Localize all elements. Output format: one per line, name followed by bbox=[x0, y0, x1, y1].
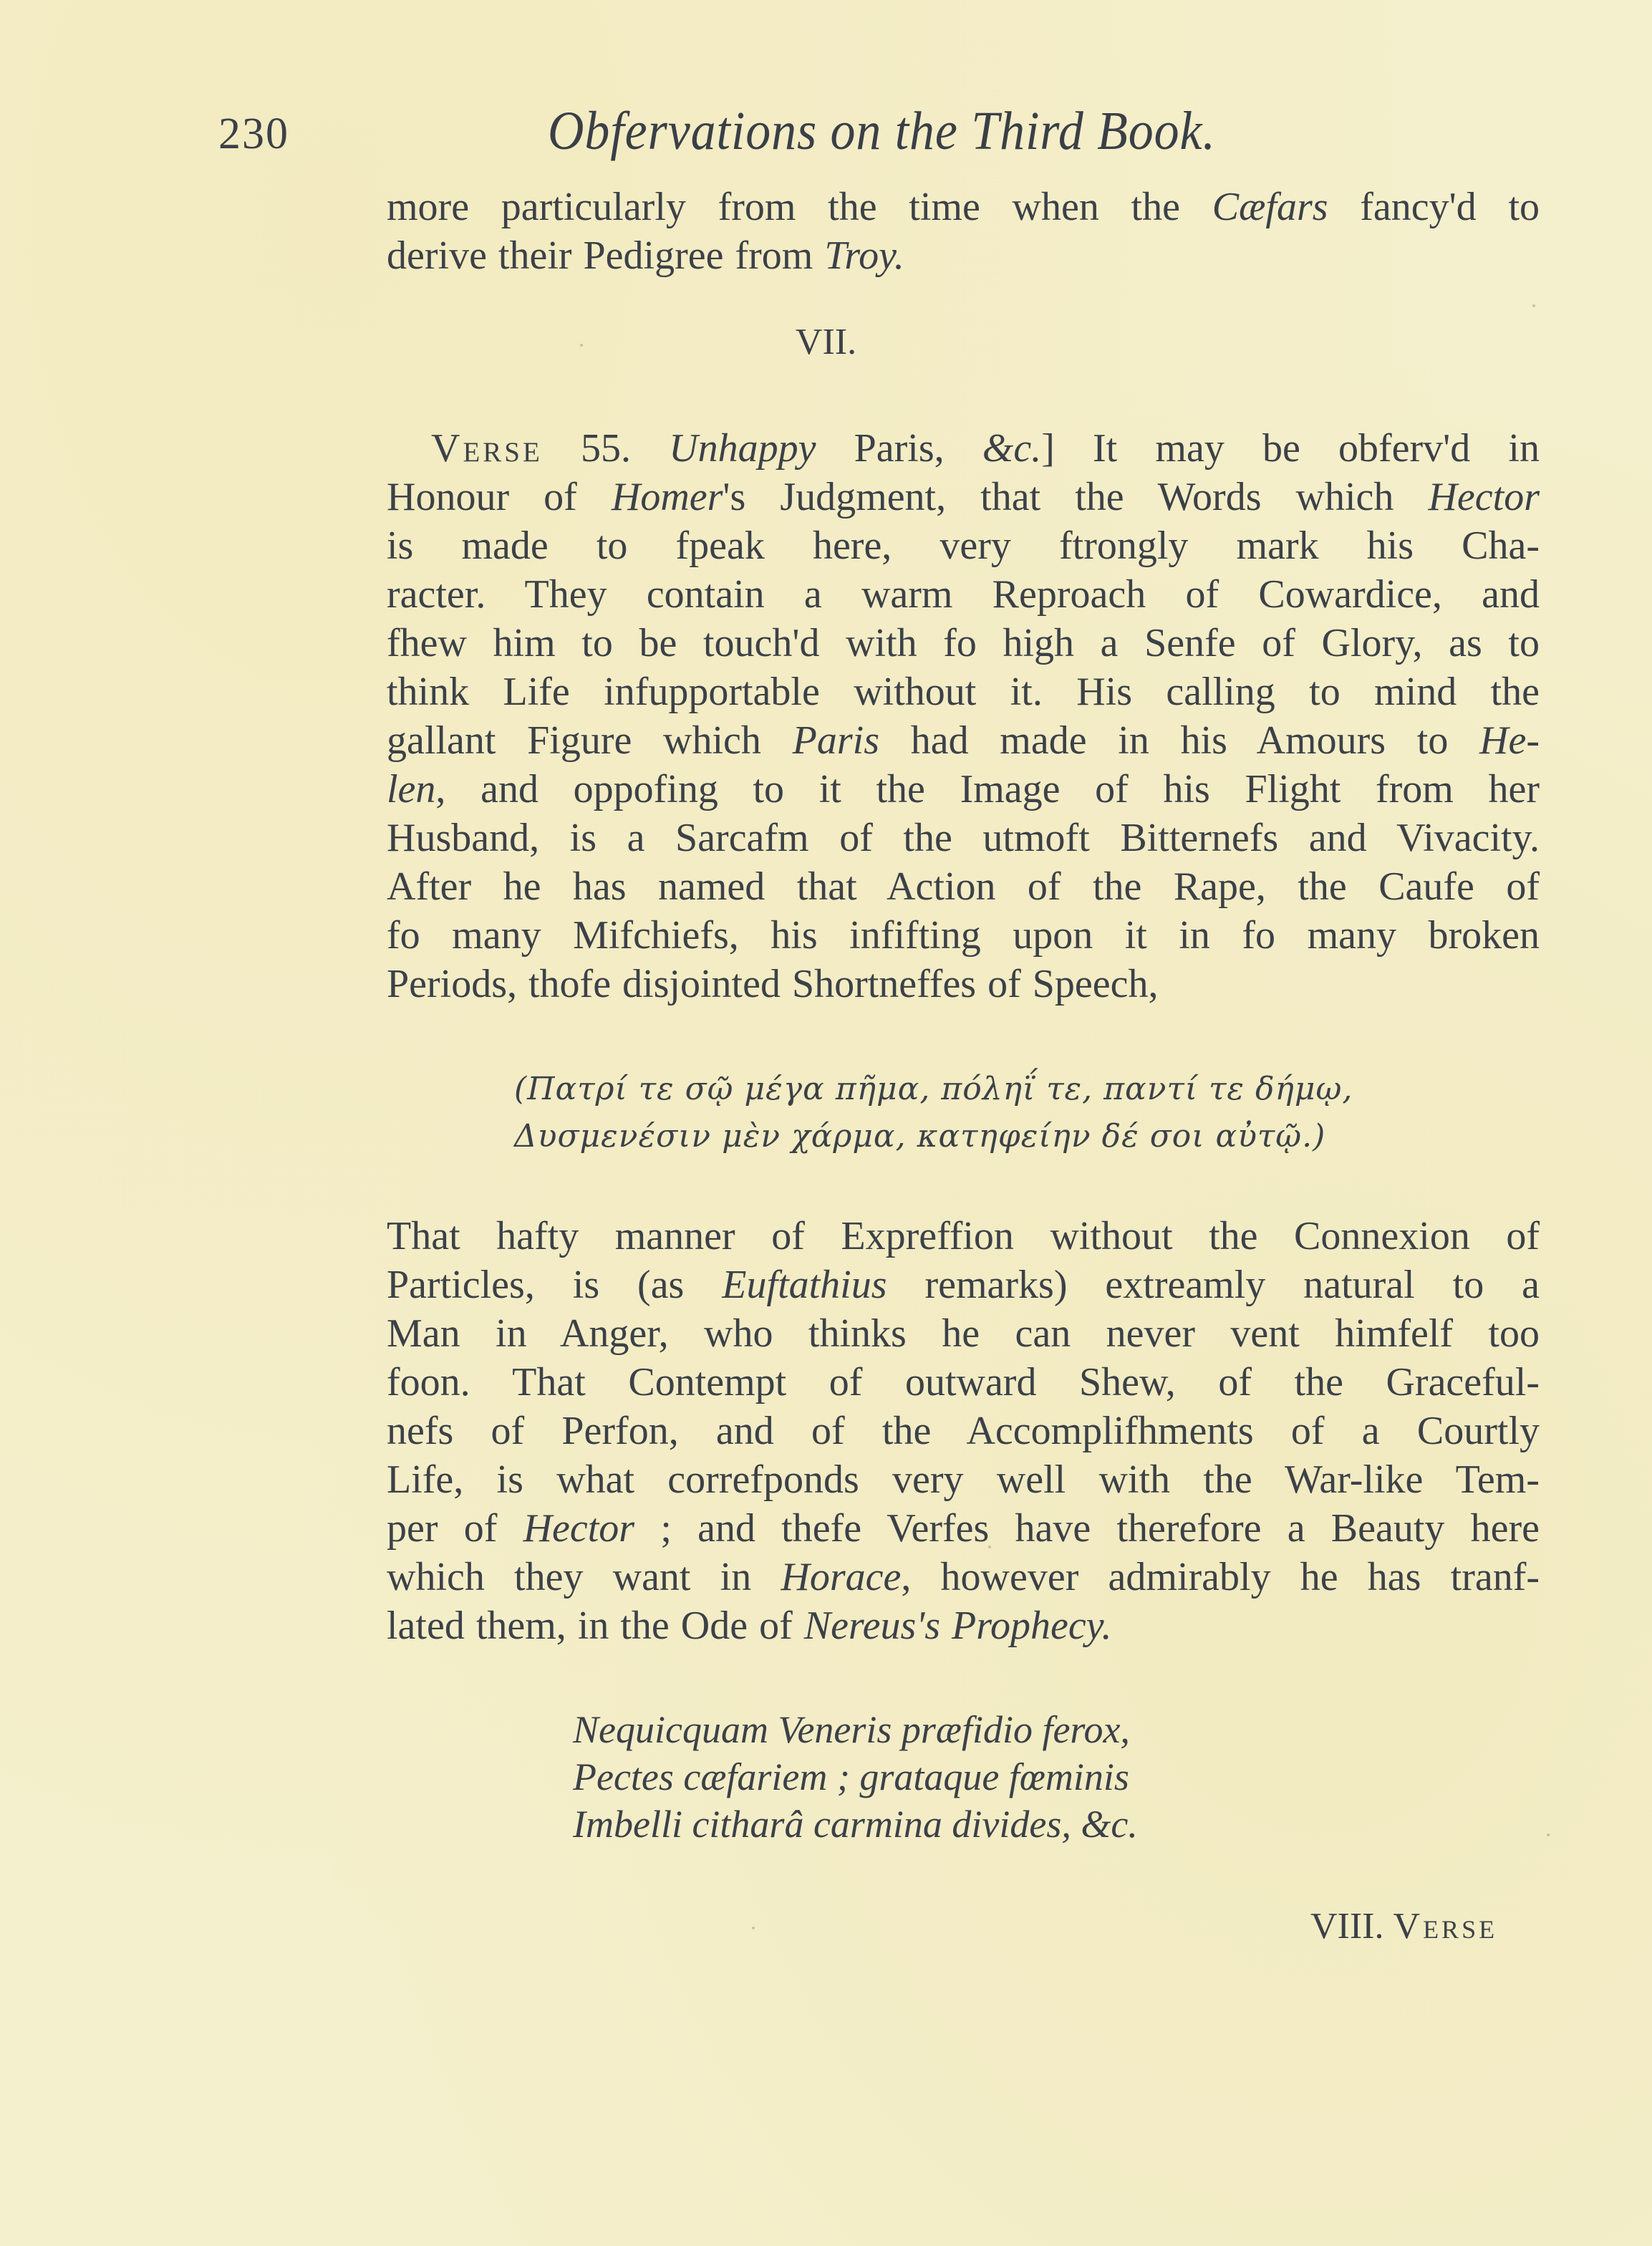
text-run: which they want in bbox=[387, 1555, 781, 1599]
text-run: fhew him to be touch'd with fo high a Se… bbox=[387, 621, 1540, 665]
text-line: nefs of Perfon, and of the Accomplifhmen… bbox=[387, 1407, 1540, 1455]
page-title: Obfervations on the Third Book. bbox=[548, 100, 1216, 163]
text-run: derive their Pedigree from bbox=[387, 233, 824, 278]
text-line: more particularly from the time when the… bbox=[387, 183, 1540, 231]
italic-run: Cæfars bbox=[1212, 185, 1328, 229]
text-run: is made to fpeak here, very ftrongly mar… bbox=[387, 524, 1540, 568]
text-run: per of bbox=[387, 1506, 523, 1551]
greek-quotation: (Πατρί τε σῷ μέγα πῆμα, πόληΐ τε, παντί … bbox=[514, 1066, 1402, 1160]
text-line: think Life infupportable without it. His… bbox=[387, 667, 1540, 716]
text-run: , however admirably he has tranf- bbox=[901, 1555, 1540, 1599]
section-vii-paragraph: Verse 55. Unhappy Paris, &c.] It may be … bbox=[387, 424, 1540, 1008]
text-run: think Life infupportable without it. His… bbox=[387, 670, 1540, 714]
text-run: gallant Figure which bbox=[387, 718, 793, 763]
text-run: That hafty manner of Expreffion without … bbox=[387, 1214, 1540, 1258]
text-line: gallant Figure which Paris had made in h… bbox=[387, 716, 1540, 765]
section-number-vii: VII. bbox=[0, 321, 1652, 363]
text-line: Particles, is (as Euftathius remarks) ex… bbox=[387, 1261, 1540, 1309]
text-line: derive their Pedigree from Troy. bbox=[387, 231, 1540, 280]
text-run: foon. That Contempt of outward Shew, of … bbox=[387, 1360, 1540, 1404]
italic-run: len bbox=[387, 767, 435, 811]
small-caps-run: Verse bbox=[431, 426, 543, 471]
text-run: more particularly from the time when the bbox=[387, 185, 1212, 229]
section-vii-continuation: That hafty manner of Expreffion without … bbox=[387, 1212, 1540, 1650]
page-number: 230 bbox=[218, 109, 289, 160]
paper-speck bbox=[1547, 1833, 1550, 1836]
paper-speck bbox=[580, 344, 583, 347]
italic-run: Unhappy bbox=[669, 426, 816, 471]
text-line: per of Hector ; and thefe Verfes have th… bbox=[387, 1504, 1540, 1553]
italic-run: Paris bbox=[793, 718, 879, 763]
book-page: 230 Obfervations on the Third Book. more… bbox=[0, 0, 1652, 2246]
text-run: Paris, bbox=[816, 426, 982, 471]
text-run: Periods, thofe disjointed Shortneffes of… bbox=[387, 962, 1158, 1006]
text-run: Honour of bbox=[387, 475, 612, 519]
text-run: remarks) extreamly natural to a bbox=[887, 1263, 1540, 1307]
text-line: That hafty manner of Expreffion without … bbox=[387, 1212, 1540, 1261]
italic-run: Nereus's Prophecy. bbox=[804, 1604, 1112, 1648]
latin-line-3: Imbelli citharâ carmina divides, &c. bbox=[573, 1801, 1361, 1848]
text-run: Husband, is a Sarcafm of the utmoft Bitt… bbox=[387, 816, 1540, 860]
running-head: 230 Obfervations on the Third Book. bbox=[218, 100, 1386, 172]
italic-run: Euftathius bbox=[722, 1263, 887, 1307]
italic-run: Troy. bbox=[824, 233, 904, 278]
text-run: Man in Anger, who thinks he can never ve… bbox=[387, 1311, 1540, 1356]
text-line: Honour of Homer's Judgment, that the Wor… bbox=[387, 473, 1540, 521]
italic-run: He- bbox=[1479, 718, 1540, 763]
italic-run: &c. bbox=[982, 426, 1041, 471]
text-line: racter. They contain a warm Reproach of … bbox=[387, 570, 1540, 619]
latin-line-1: Nequicquam Veneris præfidio ferox, bbox=[573, 1706, 1361, 1753]
italic-run: Homer bbox=[612, 475, 723, 519]
text-run: After he has named that Action of the Ra… bbox=[387, 864, 1540, 909]
text-run: fo many Mifchiefs, his infifting upon it… bbox=[387, 913, 1540, 958]
text-run: lated them, in the Ode of bbox=[387, 1604, 804, 1648]
text-line: Life, is what correfponds very well with… bbox=[387, 1455, 1540, 1504]
latin-line-2: Pectes cæfariem ; grataque fœminis bbox=[573, 1753, 1361, 1801]
text-line: lated them, in the Ode of Nereus's Proph… bbox=[387, 1601, 1540, 1650]
text-line: Periods, thofe disjointed Shortneffes of… bbox=[387, 960, 1540, 1008]
continuation-paragraph: more particularly from the time when the… bbox=[387, 183, 1540, 280]
text-line: Man in Anger, who thinks he can never ve… bbox=[387, 1309, 1540, 1358]
paper-speck bbox=[752, 1927, 755, 1929]
text-line: fo many Mifchiefs, his infifting upon it… bbox=[387, 911, 1540, 960]
text-run: 's Judgment, that the Words which bbox=[723, 475, 1428, 519]
text-run: 55. bbox=[543, 426, 669, 471]
text-run: Particles, is (as bbox=[387, 1263, 722, 1307]
catchword-word: Verse bbox=[1393, 1906, 1498, 1947]
text-line: Husband, is a Sarcafm of the utmoft Bitt… bbox=[387, 814, 1540, 862]
text-line: which they want in Horace, however admir… bbox=[387, 1553, 1540, 1601]
text-run: had made in his Amours to bbox=[879, 718, 1479, 763]
paper-speck bbox=[988, 1546, 991, 1548]
text-line: is made to fpeak here, very ftrongly mar… bbox=[387, 521, 1540, 570]
paper-speck bbox=[1532, 304, 1535, 307]
text-run: Life, is what correfponds very well with… bbox=[387, 1457, 1540, 1502]
greek-line-1: (Πατρί τε σῷ μέγα πῆμα, πόληΐ τε, παντί … bbox=[514, 1066, 1402, 1113]
text-run: ; and thefe Verfes have therefore a Beau… bbox=[634, 1506, 1540, 1551]
greek-line-2: Δυσμενέσιν μὲν χάρμα, κατηφείην δέ σοι α… bbox=[514, 1113, 1402, 1160]
italic-run: Hector bbox=[523, 1506, 635, 1551]
latin-quotation: Nequicquam Veneris præfidio ferox, Pecte… bbox=[573, 1706, 1361, 1848]
catchword-number: VIII. bbox=[1310, 1906, 1384, 1947]
text-line: len, and oppofing to it the Image of his… bbox=[387, 765, 1540, 814]
text-line: Verse 55. Unhappy Paris, &c.] It may be … bbox=[387, 424, 1540, 473]
text-run: ] It may be obferv'd in bbox=[1041, 426, 1540, 471]
text-run: nefs of Perfon, and of the Accomplifhmen… bbox=[387, 1409, 1540, 1453]
catchword: VIII. Verse bbox=[1310, 1905, 1497, 1947]
text-run: , and oppofing to it the Image of his Fl… bbox=[435, 767, 1540, 811]
italic-run: Hector bbox=[1428, 475, 1540, 519]
text-run: fancy'd to bbox=[1328, 185, 1540, 229]
italic-run: Horace bbox=[781, 1555, 901, 1599]
text-line: After he has named that Action of the Ra… bbox=[387, 862, 1540, 911]
text-run: racter. They contain a warm Reproach of … bbox=[387, 572, 1540, 617]
text-line: fhew him to be touch'd with fo high a Se… bbox=[387, 619, 1540, 667]
text-line: foon. That Contempt of outward Shew, of … bbox=[387, 1358, 1540, 1407]
